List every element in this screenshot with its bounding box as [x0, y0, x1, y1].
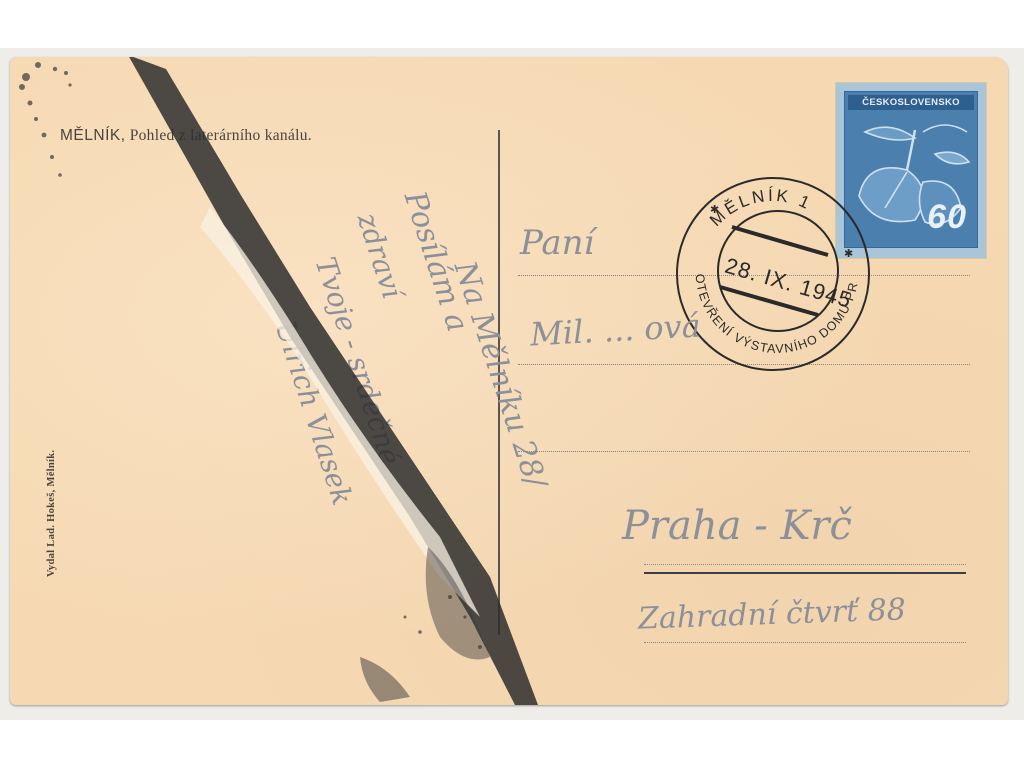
postcard: MĚLNÍK, Pohled z laterárního kanálu. Vyd…	[10, 57, 1008, 705]
ink-smear-mark	[10, 57, 1008, 705]
